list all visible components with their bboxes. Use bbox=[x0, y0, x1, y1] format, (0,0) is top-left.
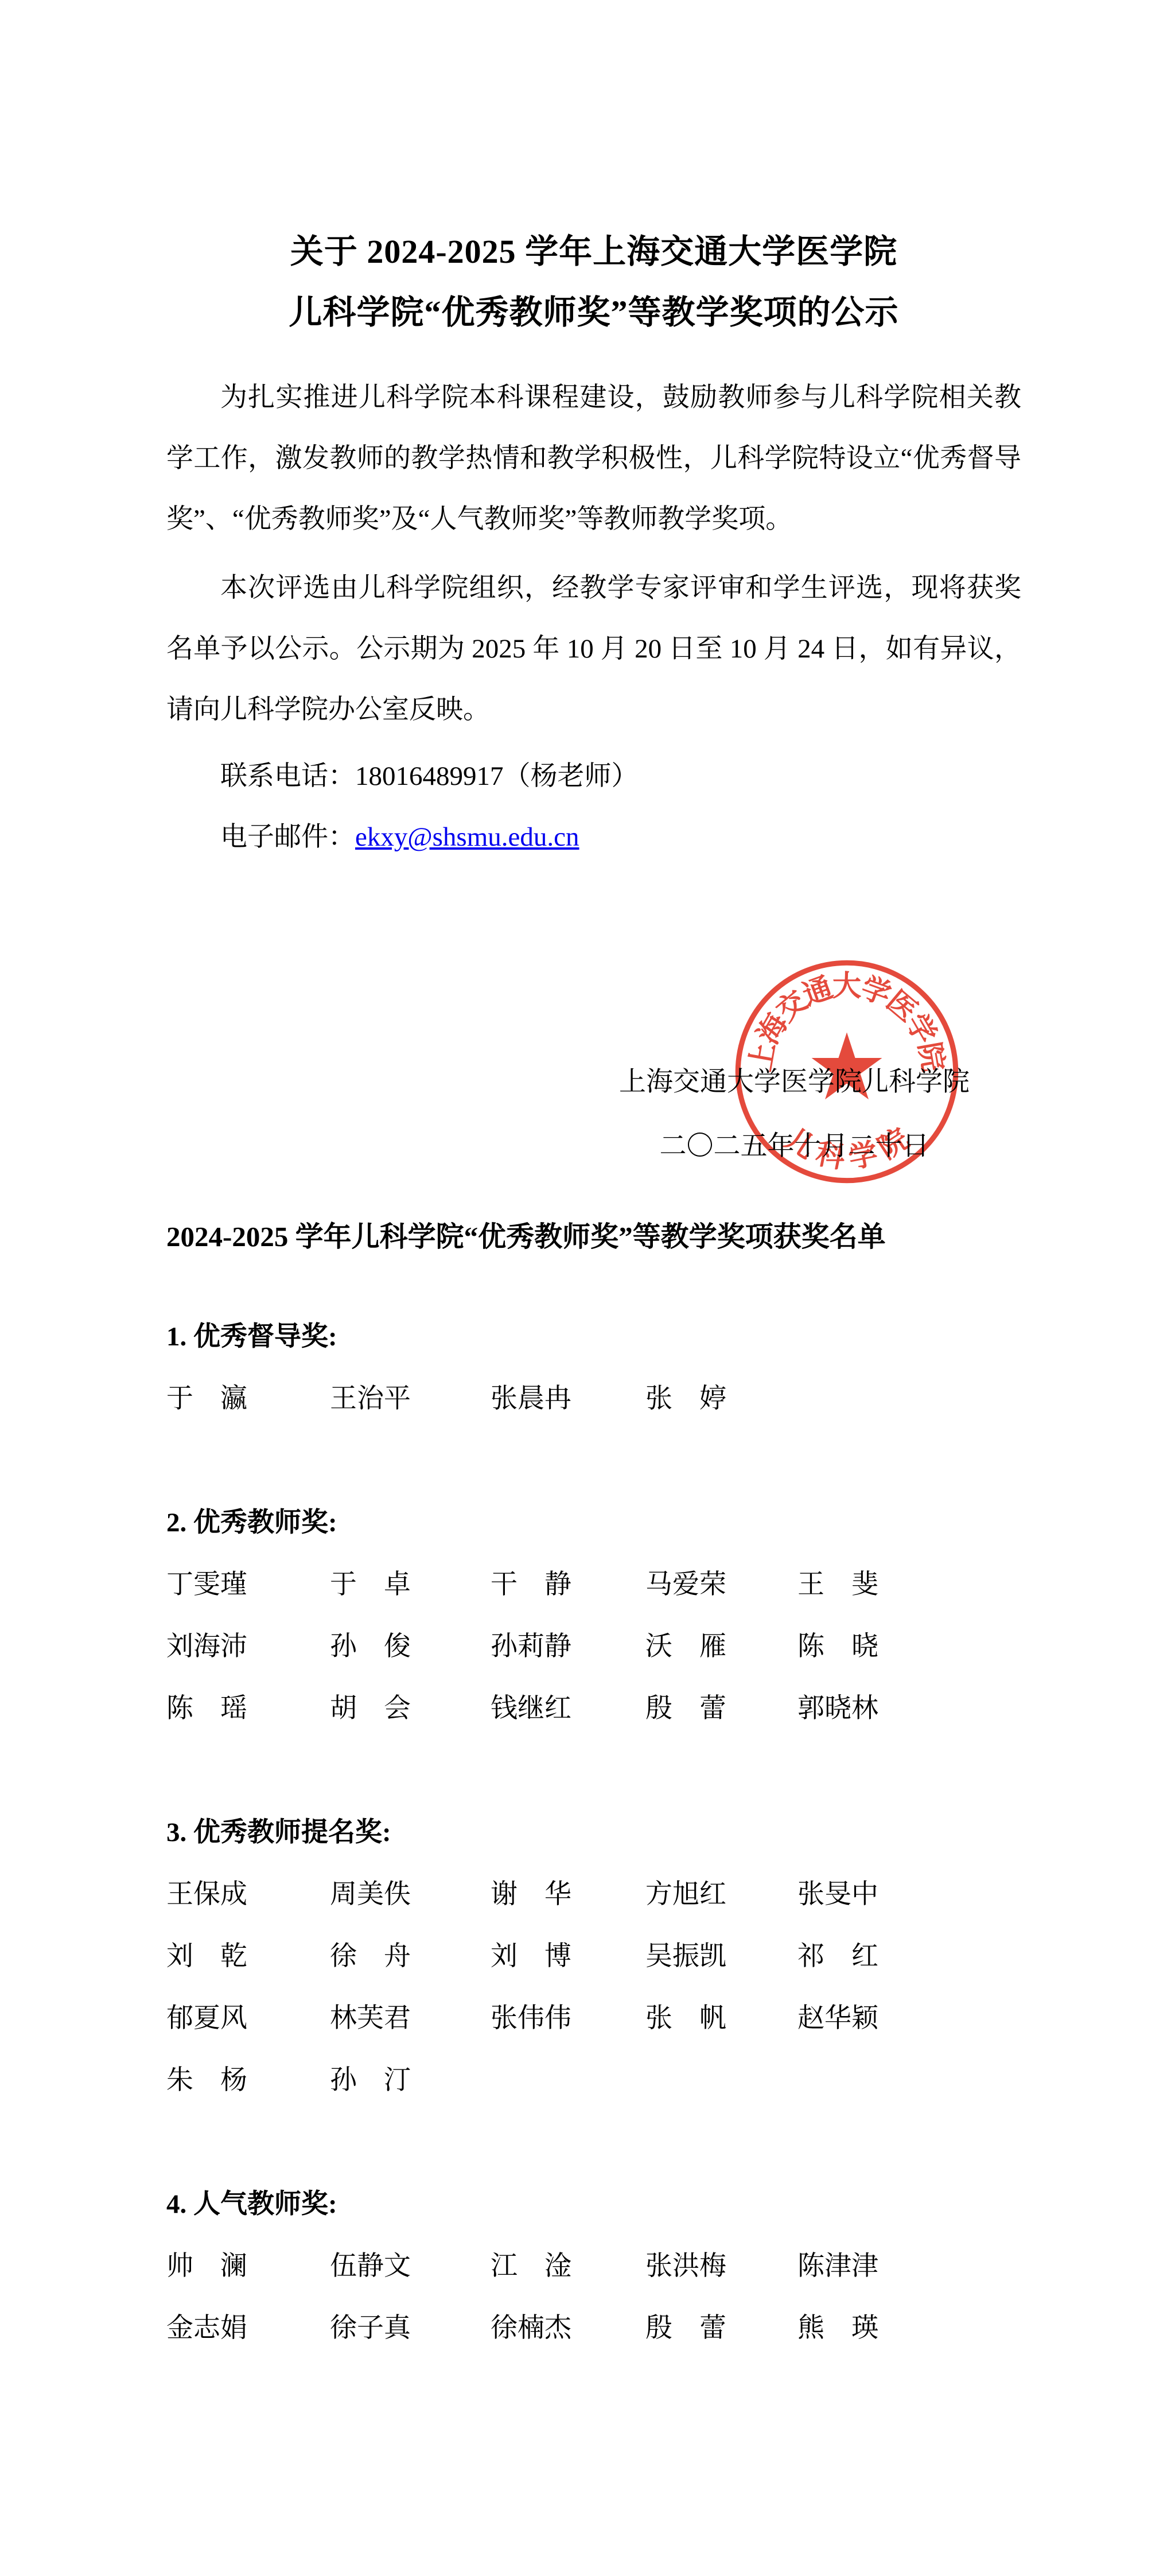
awardee-name: 张晨冉 bbox=[491, 1368, 645, 1430]
awardee-name: 吴振凯 bbox=[645, 1925, 797, 1987]
awardee-name: 徐子真 bbox=[330, 2297, 491, 2359]
document-title-line2: 儿科学院“优秀教师奖”等教学奖项的公示 bbox=[166, 282, 1021, 343]
award-section: 2. 优秀教师奖:丁雯瑾于 卓干 静马爱荣王 斐刘海沛孙 俊孙莉静沃 雁陈 晓陈… bbox=[166, 1492, 1038, 1740]
awardee-name: 刘海沛 bbox=[166, 1616, 330, 1678]
awardee-name: 干 静 bbox=[491, 1554, 645, 1616]
contact-email-link[interactable]: ekxy@shsmu.edu.cn bbox=[355, 822, 579, 852]
award-name-row: 帅 澜伍静文江 淦张洪梅陈津津 bbox=[166, 2235, 1038, 2297]
awardee-name: 张洪梅 bbox=[645, 2235, 797, 2297]
awardee-name: 陈 瑶 bbox=[166, 1678, 330, 1740]
awardee-name: 沃 雁 bbox=[645, 1616, 797, 1678]
award-name-row: 于 瀛王治平张晨冉张 婷 bbox=[166, 1368, 1038, 1430]
awardee-name: 王保成 bbox=[166, 1863, 330, 1925]
awardee-name: 孙 俊 bbox=[330, 1616, 491, 1678]
seal-ring-char: 海 bbox=[752, 1008, 794, 1049]
awardee-name: 熊 瑛 bbox=[797, 2297, 1038, 2359]
awardee-name: 刘 博 bbox=[491, 1925, 645, 1987]
contact-email-label: 电子邮件： bbox=[220, 822, 355, 852]
awardee-name: 帅 澜 bbox=[166, 2235, 330, 2297]
awardee-name: 丁雯瑾 bbox=[166, 1554, 330, 1616]
awardee-name: 陈 晓 bbox=[797, 1616, 1038, 1678]
awardee-name: 张伟伟 bbox=[491, 1987, 645, 2049]
award-section: 1. 优秀督导奖:于 瀛王治平张晨冉张 婷 bbox=[166, 1306, 1038, 1430]
paragraph-publicity: 本次评选由儿科学院组织，经教学专家评审和学生评选，现将获奖名单予以公示。公示期为… bbox=[166, 558, 1021, 740]
awards-sections: 1. 优秀督导奖:于 瀛王治平张晨冉张 婷2. 优秀教师奖:丁雯瑾于 卓干 静马… bbox=[166, 1306, 1038, 2359]
contact-phone-value: 18016489917（杨老师） bbox=[355, 761, 639, 791]
signature-date: 二〇二五年十月二十日 bbox=[619, 1114, 970, 1178]
seal-ring-char: 学 bbox=[857, 971, 896, 1011]
awardee-name: 郁夏风 bbox=[166, 1987, 330, 2049]
awardee-name: 钱继红 bbox=[491, 1678, 645, 1740]
awardee-name: 马爱荣 bbox=[645, 1554, 797, 1616]
awardee-name: 于 瀛 bbox=[166, 1368, 330, 1430]
award-name-row: 王保成周美佚谢 华方旭红张旻中 bbox=[166, 1863, 1038, 1925]
awardee-name: 孙 汀 bbox=[330, 2049, 491, 2111]
award-section-heading: 3. 优秀教师提名奖: bbox=[166, 1801, 1038, 1863]
awardee-name: 于 卓 bbox=[330, 1554, 491, 1616]
seal-ring-char: 通 bbox=[799, 971, 837, 1011]
awardee-name: 胡 会 bbox=[330, 1678, 491, 1740]
awardee-name: 陈津津 bbox=[797, 2235, 1038, 2297]
awardee-name: 张 婷 bbox=[645, 1368, 797, 1430]
awardee-name: 殷 蕾 bbox=[645, 1678, 797, 1740]
award-section-heading: 4. 人气教师奖: bbox=[166, 2173, 1038, 2235]
contact-phone-label: 联系电话： bbox=[220, 761, 355, 791]
awardee-name: 孙莉静 bbox=[491, 1616, 645, 1678]
contact-phone-line: 联系电话：18016489917（杨老师） bbox=[166, 746, 1021, 807]
awardee-name: 刘 乾 bbox=[166, 1925, 330, 1987]
award-section-heading: 1. 优秀督导奖: bbox=[166, 1306, 1038, 1368]
award-name-row: 朱 杨孙 汀 bbox=[166, 2049, 1038, 2111]
award-name-row: 金志娟徐子真徐楠杰殷 蕾熊 瑛 bbox=[166, 2297, 1038, 2359]
awardee-name: 金志娟 bbox=[166, 2297, 330, 2359]
awardee-name: 殷 蕾 bbox=[645, 2297, 797, 2359]
document-title: 关于 2024-2025 学年上海交通大学医学院 儿科学院“优秀教师奖”等教学奖… bbox=[166, 221, 1021, 343]
awardee-name: 朱 杨 bbox=[166, 2049, 330, 2111]
awardee-name: 赵华颖 bbox=[797, 1987, 1038, 2049]
awardee-name: 郭晓林 bbox=[797, 1678, 1038, 1740]
award-name-row: 刘海沛孙 俊孙莉静沃 雁陈 晓 bbox=[166, 1616, 1038, 1678]
awardee-name: 林芙君 bbox=[330, 1987, 491, 2049]
awardee-name: 方旭红 bbox=[645, 1863, 797, 1925]
awardee-name: 王 斐 bbox=[797, 1554, 1038, 1616]
award-name-row: 刘 乾徐 舟刘 博吴振凯祁 红 bbox=[166, 1925, 1038, 1987]
paragraph-intro: 为扎实推进儿科学院本科课程建设，鼓励教师参与儿科学院相关教学工作，激发教师的教学… bbox=[166, 367, 1021, 550]
awardee-name: 王治平 bbox=[330, 1368, 491, 1430]
awardee-name: 祁 红 bbox=[797, 1925, 1038, 1987]
awardee-name: 江 淦 bbox=[491, 2235, 645, 2297]
awardee-name: 张旻中 bbox=[797, 1863, 1038, 1925]
awardee-name: 张 帆 bbox=[645, 1987, 797, 2049]
award-name-row: 陈 瑶胡 会钱继红殷 蕾郭晓林 bbox=[166, 1678, 1038, 1740]
seal-ring-char: 医 bbox=[881, 985, 924, 1028]
seal-ring-char: 大 bbox=[832, 970, 861, 1002]
award-section: 4. 人气教师奖:帅 澜伍静文江 淦张洪梅陈津津金志娟徐子真徐楠杰殷 蕾熊 瑛 bbox=[166, 2173, 1038, 2359]
awardee-name: 周美佚 bbox=[330, 1863, 491, 1925]
signature-org: 上海交通大学医学院儿科学院 bbox=[619, 1050, 970, 1114]
seal-ring-char: 学 bbox=[900, 1008, 943, 1049]
award-name-row: 丁雯瑾于 卓干 静马爱荣王 斐 bbox=[166, 1554, 1038, 1616]
document-body: 为扎实推进儿科学院本科课程建设，鼓励教师参与儿科学院相关教学工作，激发教师的教学… bbox=[166, 367, 1021, 867]
seal-ring-char: 交 bbox=[771, 985, 814, 1028]
announcement-document: 关于 2024-2025 学年上海交通大学医学院 儿科学院“优秀教师奖”等教学奖… bbox=[0, 0, 1175, 2576]
award-section: 3. 优秀教师提名奖:王保成周美佚谢 华方旭红张旻中刘 乾徐 舟刘 博吴振凯祁 … bbox=[166, 1801, 1038, 2111]
awards-list-title: 2024-2025 学年儿科学院“优秀教师奖”等教学奖项获奖名单 bbox=[166, 1220, 1038, 1254]
award-section-heading: 2. 优秀教师奖: bbox=[166, 1492, 1038, 1554]
contact-email-line: 电子邮件：ekxy@shsmu.edu.cn bbox=[166, 807, 1021, 867]
awardee-name: 谢 华 bbox=[491, 1863, 645, 1925]
document-title-line1: 关于 2024-2025 学年上海交通大学医学院 bbox=[166, 221, 1021, 282]
awardee-name: 徐 舟 bbox=[330, 1925, 491, 1987]
signature-block: 上海交通大学医学院儿科学院 二〇二五年十月二十日 bbox=[619, 1050, 970, 1178]
award-name-row: 郁夏风林芙君张伟伟张 帆赵华颖 bbox=[166, 1987, 1038, 2049]
awardee-name: 伍静文 bbox=[330, 2235, 491, 2297]
awardee-name: 徐楠杰 bbox=[491, 2297, 645, 2359]
